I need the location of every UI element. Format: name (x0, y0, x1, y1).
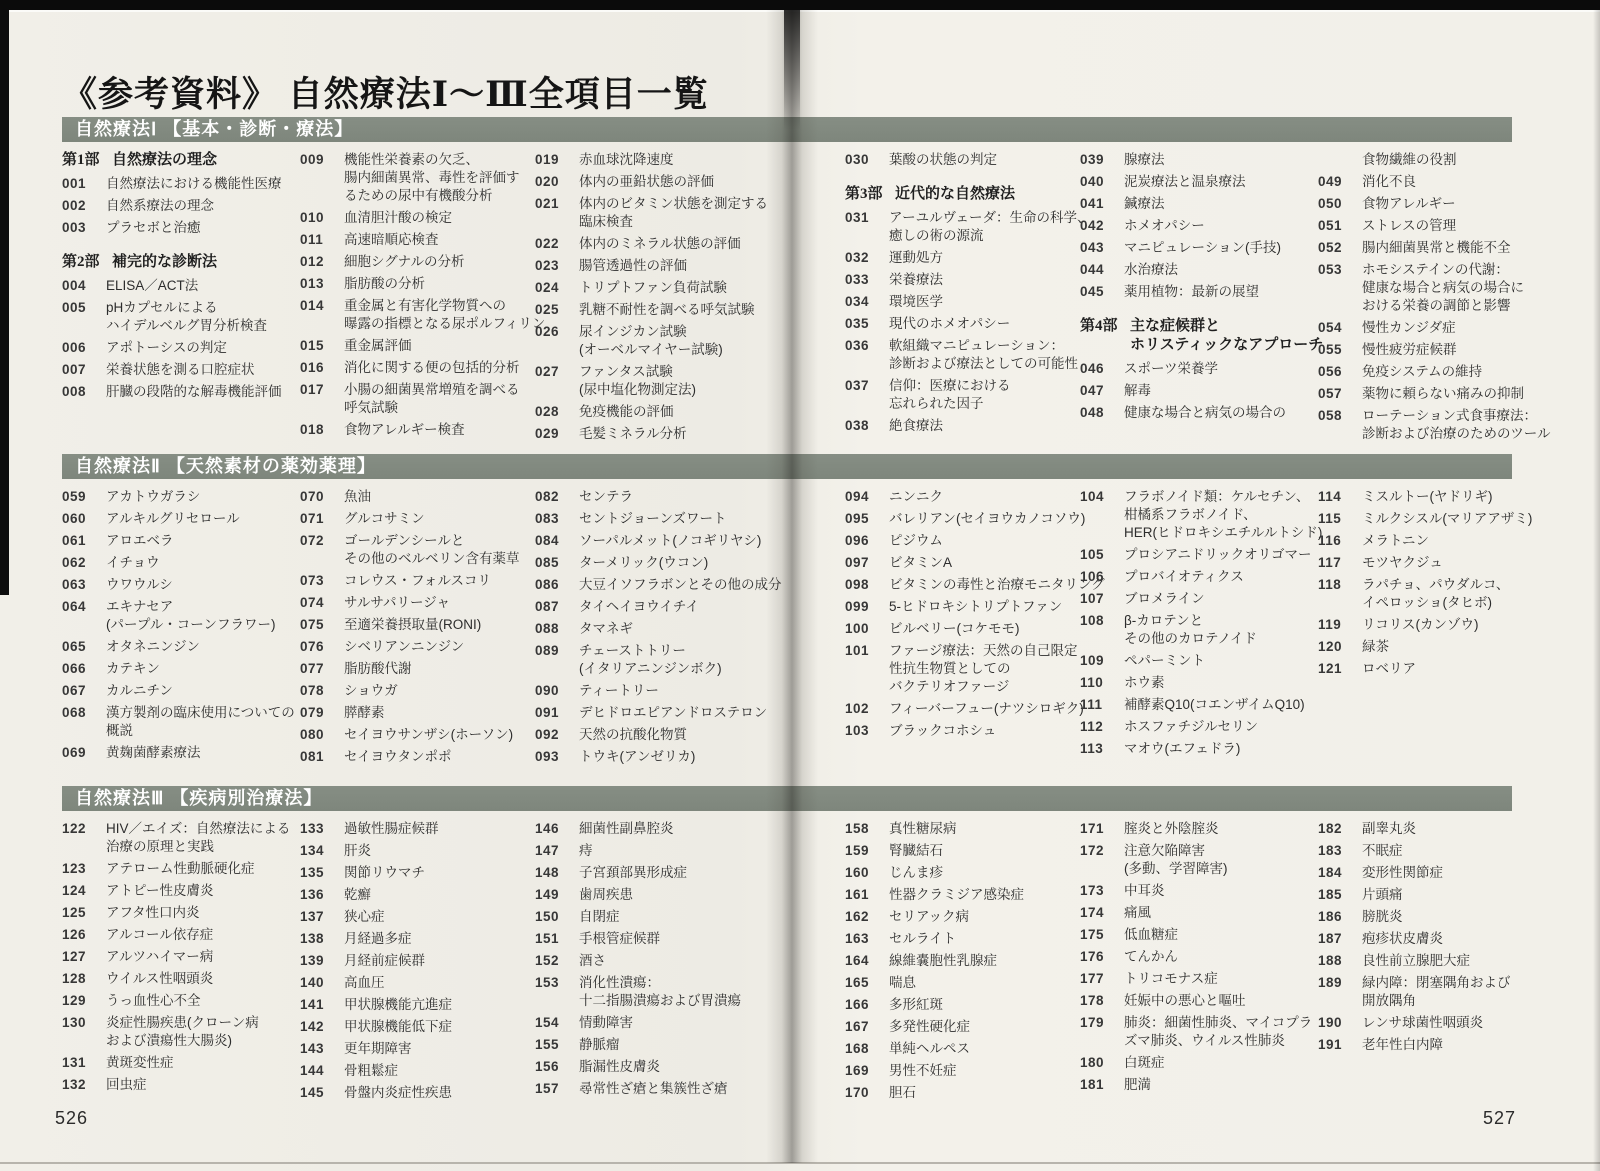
item-number: 132 (62, 1076, 106, 1094)
item-number: 036 (845, 337, 889, 373)
list-item: 127アルツハイマー病 (62, 948, 312, 966)
page-number-right: 527 (1483, 1108, 1516, 1129)
section-column: 070魚油071グルコサミン072ゴールデンシールと その他のベルベリン含有薬草… (300, 488, 550, 770)
item-text: 消化不良 (1362, 173, 1568, 191)
list-item: 046スポーツ栄養学 (1080, 360, 1330, 378)
item-text: 慢性カンジダ症 (1362, 319, 1568, 337)
list-item: 147痔 (535, 842, 785, 860)
item-number: 171 (1080, 820, 1124, 838)
item-number: 159 (845, 842, 889, 860)
item-text: 多発性硬化症 (889, 1018, 1095, 1036)
list-item: 100ビルベリー(コケモモ) (845, 620, 1095, 638)
list-item: 038絶食療法 (845, 417, 1095, 435)
list-item: 104フラボノイド類：ケルセチン、 柑橘系フラボノイド、 HER(ヒドロキシエチ… (1080, 488, 1330, 542)
list-item: 186膀胱炎 (1318, 908, 1568, 926)
list-item: 084ソーパルメット(ノコギリヤシ) (535, 532, 785, 550)
item-text: 消化性潰瘍： 十二指腸潰瘍および胃潰瘍 (579, 974, 785, 1010)
item-text: ペパーミント (1124, 652, 1330, 670)
item-number: 142 (300, 1018, 344, 1036)
list-item: 110ホウ素 (1080, 674, 1330, 692)
item-text: 多形紅斑 (889, 996, 1095, 1014)
item-number: 137 (300, 908, 344, 926)
item-number: 181 (1080, 1076, 1124, 1094)
item-text: 真性糖尿病 (889, 820, 1095, 838)
list-item: 128ウイルス性咽頭炎 (62, 970, 312, 988)
item-text: 自閉症 (579, 908, 785, 926)
item-number: 073 (300, 572, 344, 590)
item-number: 051 (1318, 217, 1362, 235)
list-item: 045薬用植物：最新の展望 (1080, 283, 1330, 301)
item-number: 120 (1318, 638, 1362, 656)
list-item: 010血清胆汁酸の検定 (300, 209, 550, 227)
item-text: 運動処方 (889, 249, 1095, 267)
item-text: 現代のホメオパシー (889, 315, 1095, 333)
section-column: 009機能性栄養素の欠乏、 腸内細菌異常、毒性を評価す るための尿中有機酸分析0… (300, 151, 550, 443)
item-text: 乳糖不耐性を調べる呼気試験 (579, 301, 785, 319)
item-text: 妊娠中の悪心と嘔吐 (1124, 992, 1330, 1010)
part-number: 第3部 (845, 185, 895, 204)
list-item: 179肺炎：細菌性肺炎、マイコプラ ズマ肺炎、ウイルス性肺炎 (1080, 1014, 1330, 1050)
list-item: 068漢方製剤の臨床使用についての 概説 (62, 704, 312, 740)
item-number: 003 (62, 219, 106, 237)
list-item: 178妊娠中の悪心と嘔吐 (1080, 992, 1330, 1010)
scan-edge-bottom (0, 1162, 1600, 1164)
item-number: 095 (845, 510, 889, 528)
item-text: 歯周疾患 (579, 886, 785, 904)
item-number: 069 (62, 744, 106, 762)
item-number: 046 (1080, 360, 1124, 378)
list-item: 091デヒドロエピアンドロステロン (535, 704, 785, 722)
item-number: 057 (1318, 385, 1362, 403)
list-item: 168単純ヘルペス (845, 1040, 1095, 1058)
item-number: 107 (1080, 590, 1124, 608)
item-number: 080 (300, 726, 344, 744)
item-text: 肥満 (1124, 1076, 1330, 1094)
item-text: デヒドロエピアンドロステロン (579, 704, 785, 722)
item-number: 002 (62, 197, 106, 215)
list-item: 008肝臓の段階的な解毒機能評価 (62, 383, 312, 401)
list-item: 125アフタ性口内炎 (62, 904, 312, 922)
list-item: 175低血糖症 (1080, 926, 1330, 944)
item-number: 105 (1080, 546, 1124, 564)
item-number: 009 (300, 151, 344, 205)
item-number: 178 (1080, 992, 1124, 1010)
page-number-left: 526 (55, 1108, 88, 1129)
list-item: 172注意欠陥障害 (多動、学習障害) (1080, 842, 1330, 878)
item-number: 054 (1318, 319, 1362, 337)
item-number: 164 (845, 952, 889, 970)
item-text: トリプトファン負荷試験 (579, 279, 785, 297)
item-text: 栄養状態を測る口腔症状 (106, 361, 312, 379)
item-number: 050 (1318, 195, 1362, 213)
part-title: 主な症候群と ホリスティックなアプローチ (1130, 317, 1323, 355)
scan-edge-top (0, 0, 1600, 12)
item-number: 108 (1080, 612, 1124, 648)
item-text: 情動障害 (579, 1014, 785, 1032)
item-text: 漢方製剤の臨床使用についての 概説 (106, 704, 312, 740)
list-item: 029毛髪ミネラル分析 (535, 425, 785, 443)
item-text: スポーツ栄養学 (1124, 360, 1330, 378)
item-text: プロバイオティクス (1124, 568, 1330, 586)
item-text: 尋常性ざ瘡と集簇性ざ瘡 (579, 1080, 785, 1098)
item-number: 155 (535, 1036, 579, 1054)
list-item: 049消化不良 (1318, 173, 1568, 191)
item-text: 変形性関節症 (1362, 864, 1568, 882)
list-item: 183不眠症 (1318, 842, 1568, 860)
part-number: 第2部 (62, 253, 112, 272)
item-text: ニンニク (889, 488, 1095, 506)
item-text: ターメリック(ウコン) (579, 554, 785, 572)
item-text: 鍼療法 (1124, 195, 1330, 213)
list-item: 169男性不妊症 (845, 1062, 1095, 1080)
item-number: 023 (535, 257, 579, 275)
item-text: 過敏性腸症候群 (344, 820, 550, 838)
item-text: 良性前立腺肥大症 (1362, 952, 1568, 970)
list-item: 108β-カロテンと その他のカロテノイド (1080, 612, 1330, 648)
item-text: 5-ヒドロキシトリプトファン (889, 598, 1095, 616)
list-item: 145骨盤内炎症性疾患 (300, 1084, 550, 1102)
item-text: エキナセア (パープル・コーンフラワー) (106, 598, 312, 634)
list-item: 015重金属評価 (300, 337, 550, 355)
item-text: ブロメライン (1124, 590, 1330, 608)
item-text: アルキルグリセロール (106, 510, 312, 528)
item-text: 腟炎と外陰腟炎 (1124, 820, 1330, 838)
list-item: 056免疫システムの維持 (1318, 363, 1568, 381)
item-text: アトピー性皮膚炎 (106, 882, 312, 900)
item-number: 168 (845, 1040, 889, 1058)
item-number: 059 (62, 488, 106, 506)
item-text: 月経過多症 (344, 930, 550, 948)
item-text: オタネニンジン (106, 638, 312, 656)
list-item: 031アーユルヴェーダ：生命の科学、 癒しの術の源流 (845, 209, 1095, 245)
item-number: 079 (300, 704, 344, 722)
item-text: タマネギ (579, 620, 785, 638)
part-heading: 第4部主な症候群と ホリスティックなアプローチ (1080, 317, 1330, 355)
list-item: 028免疫機能の評価 (535, 403, 785, 421)
list-item: 060アルキルグリセロール (62, 510, 312, 528)
item-text: 高血圧 (344, 974, 550, 992)
list-item: 058ローテーション式食事療法： 診断および治療のためのツール (1318, 407, 1568, 443)
item-number: 074 (300, 594, 344, 612)
item-text: 食物アレルギー (1362, 195, 1568, 213)
item-number: 058 (1318, 407, 1362, 443)
item-text: 脂肪酸代謝 (344, 660, 550, 678)
list-item: 171腟炎と外陰腟炎 (1080, 820, 1330, 838)
item-text: 大豆イソフラボンとその他の成分 (579, 576, 785, 594)
list-item: 050食物アレルギー (1318, 195, 1568, 213)
item-text: ELISA／ACT法 (106, 277, 312, 295)
item-text: 膀胱炎 (1362, 908, 1568, 926)
item-number: 190 (1318, 1014, 1362, 1032)
list-item: 160じんま疹 (845, 864, 1095, 882)
item-number: 048 (1080, 404, 1124, 422)
list-item: 096ピジウム (845, 532, 1095, 550)
item-number: 127 (62, 948, 106, 966)
item-text: セントジョーンズワート (579, 510, 785, 528)
item-text: 薬物に頼らない痛みの抑制 (1362, 385, 1568, 403)
item-text: ホスファチジルセリン (1124, 718, 1330, 736)
item-number: 030 (845, 151, 889, 169)
item-number: 038 (845, 417, 889, 435)
list-item: 132回虫症 (62, 1076, 312, 1094)
item-number: 143 (300, 1040, 344, 1058)
item-number: 082 (535, 488, 579, 506)
section-column: 146細菌性副鼻腔炎147痔148子宮頚部異形成症149歯周疾患150自閉症15… (535, 820, 785, 1102)
item-number: 008 (62, 383, 106, 401)
item-text: 回虫症 (106, 1076, 312, 1094)
item-text: ファージ療法：天然の自己限定 性抗生物質としての バクテリオファージ (889, 642, 1095, 696)
list-item: 041鍼療法 (1080, 195, 1330, 213)
section-column: 171腟炎と外陰腟炎172注意欠陥障害 (多動、学習障害)173中耳炎174痛風… (1080, 820, 1330, 1098)
list-item: 003プラセボと治癒 (62, 219, 312, 237)
list-item: 191老年性白内障 (1318, 1036, 1568, 1054)
section-column: 082センテラ083セントジョーンズワート084ソーパルメット(ノコギリヤシ)0… (535, 488, 785, 770)
item-number: 170 (845, 1084, 889, 1102)
item-text: 尿インジカン試験 (オーベルマイヤー試験) (579, 323, 785, 359)
item-number: 067 (62, 682, 106, 700)
item-text: 炎症性腸疾患(クローン病 および潰瘍性大腸炎) (106, 1014, 312, 1050)
list-item: 124アトピー性皮膚炎 (62, 882, 312, 900)
item-number: 092 (535, 726, 579, 744)
item-text: 消化に関する便の包括的分析 (344, 359, 550, 377)
item-number: 088 (535, 620, 579, 638)
list-item: 153消化性潰瘍： 十二指腸潰瘍および胃潰瘍 (535, 974, 785, 1010)
item-text: トウキ(アンゼリカ) (579, 748, 785, 766)
list-item: 0995-ヒドロキシトリプトファン (845, 598, 1095, 616)
item-text: 痔 (579, 842, 785, 860)
item-text: 細菌性副鼻腔炎 (579, 820, 785, 838)
list-item: 037信仰：医療における 忘れられた因子 (845, 377, 1095, 413)
list-item: 086大豆イソフラボンとその他の成分 (535, 576, 785, 594)
item-text: ビタミンA (889, 554, 1095, 572)
item-text: メラトニン (1362, 532, 1568, 550)
item-number: 147 (535, 842, 579, 860)
list-item: 065オタネニンジン (62, 638, 312, 656)
list-item: 009機能性栄養素の欠乏、 腸内細菌異常、毒性を評価す るための尿中有機酸分析 (300, 151, 550, 205)
list-item: 121ロベリア (1318, 660, 1568, 678)
item-number: 104 (1080, 488, 1124, 542)
item-number: 012 (300, 253, 344, 271)
item-number: 040 (1080, 173, 1124, 191)
item-number: 187 (1318, 930, 1362, 948)
item-text: pHカプセルによる ハイデルベルグ胃分析検査 (106, 299, 312, 335)
item-text: カテキン (106, 660, 312, 678)
item-number: 186 (1318, 908, 1362, 926)
item-number: 032 (845, 249, 889, 267)
item-text: ミスルトー(ヤドリギ) (1362, 488, 1568, 506)
list-item: 032運動処方 (845, 249, 1095, 267)
item-number: 169 (845, 1062, 889, 1080)
list-item: 133過敏性腸症候群 (300, 820, 550, 838)
list-item: 048健康な場合と病気の場合の (1080, 404, 1330, 422)
item-number: 027 (535, 363, 579, 399)
list-item: 182副睾丸炎 (1318, 820, 1568, 838)
list-item: 138月経過多症 (300, 930, 550, 948)
section-column: 食物繊維の役割049消化不良050食物アレルギー051ストレスの管理052腸内細… (1318, 151, 1568, 447)
item-number: 129 (62, 992, 106, 1010)
list-item: 002自然系療法の理念 (62, 197, 312, 215)
item-number: 109 (1080, 652, 1124, 670)
item-text: 緑茶 (1362, 638, 1568, 656)
list-item: 051ストレスの管理 (1318, 217, 1568, 235)
list-item: 113マオウ(エフェドラ) (1080, 740, 1330, 758)
item-text: プラセボと治癒 (106, 219, 312, 237)
item-text: 黄斑変性症 (106, 1054, 312, 1072)
list-item: 123アテローム性動脈硬化症 (62, 860, 312, 878)
list-item: 081セイヨウタンポポ (300, 748, 550, 766)
item-text: アーユルヴェーダ：生命の科学、 癒しの術の源流 (889, 209, 1095, 245)
list-item: 190レンサ球菌性咽頭炎 (1318, 1014, 1568, 1032)
item-text: 葉酸の状態の判定 (889, 151, 1095, 169)
list-item: 126アルコール依存症 (62, 926, 312, 944)
list-item: 053ホモシステインの代謝： 健康な場合と病気の場合に おける栄養の調節と影響 (1318, 261, 1568, 315)
list-item: 181肥満 (1080, 1076, 1330, 1094)
item-number: 172 (1080, 842, 1124, 878)
section-column: 039腺療法040泥炭療法と温泉療法041鍼療法042ホメオパシー043マニピュ… (1080, 151, 1330, 426)
item-text: リコリス(カンゾウ) (1362, 616, 1568, 634)
part-heading: 第3部近代的な自然療法 (845, 185, 1095, 204)
item-number: 010 (300, 209, 344, 227)
item-number: 039 (1080, 151, 1124, 169)
item-text: ホウ素 (1124, 674, 1330, 692)
item-number: 173 (1080, 882, 1124, 900)
list-item: 004ELISA／ACT法 (62, 277, 312, 295)
item-text: ウワウルシ (106, 576, 312, 594)
list-item: 165喘息 (845, 974, 1095, 992)
item-text: セイヨウサンザシ(ホーソン) (344, 726, 550, 744)
list-item: 162セリアック病 (845, 908, 1095, 926)
section-column: 104フラボノイド類：ケルセチン、 柑橘系フラボノイド、 HER(ヒドロキシエチ… (1080, 488, 1330, 762)
item-number: 161 (845, 886, 889, 904)
item-number: 180 (1080, 1054, 1124, 1072)
item-number: 064 (62, 598, 106, 634)
item-text: 補酵素Q10(コエンザイムQ10) (1124, 696, 1330, 714)
item-number: 118 (1318, 576, 1362, 612)
section-column: 030葉酸の状態の判定第3部近代的な自然療法031アーユルヴェーダ：生命の科学、… (845, 151, 1095, 439)
item-text: ストレスの管理 (1362, 217, 1568, 235)
item-number: 011 (300, 231, 344, 249)
list-item: 102フィーバーフュー(ナツシロギク) (845, 700, 1095, 718)
list-item: 092天然の抗酸化物質 (535, 726, 785, 744)
item-text: 更年期障害 (344, 1040, 550, 1058)
list-item: 156脂漏性皮膚炎 (535, 1058, 785, 1076)
list-item: 072ゴールデンシールと その他のベルベリン含有薬草 (300, 532, 550, 568)
item-text: 胆石 (889, 1084, 1095, 1102)
item-text: 単純ヘルペス (889, 1040, 1095, 1058)
list-item: 135関節リウマチ (300, 864, 550, 882)
item-number: 016 (300, 359, 344, 377)
page-title: 《参考資料》 自然療法Ⅰ～Ⅲ全項目一覧 (62, 67, 709, 117)
item-number: 113 (1080, 740, 1124, 758)
list-item: 016消化に関する便の包括的分析 (300, 359, 550, 377)
item-text: ホメオパシー (1124, 217, 1330, 235)
section-header: 自然療法Ⅱ 【天然素材の薬効薬理】 (62, 454, 1512, 479)
list-item: 063ウワウルシ (62, 576, 312, 594)
item-number: 014 (300, 297, 344, 333)
list-item: 109ペパーミント (1080, 652, 1330, 670)
item-number: 154 (535, 1014, 579, 1032)
item-number: 004 (62, 277, 106, 295)
item-text: アポトーシスの判定 (106, 339, 312, 357)
list-item: 122HIV／エイズ：自然療法による 治療の原理と実践 (62, 820, 312, 856)
list-item: 166多形紅斑 (845, 996, 1095, 1014)
item-text: 薬用植物：最新の展望 (1124, 283, 1330, 301)
item-number: 158 (845, 820, 889, 838)
item-number: 070 (300, 488, 344, 506)
item-text: 片頭痛 (1362, 886, 1568, 904)
item-number: 053 (1318, 261, 1362, 315)
item-text: ピジウム (889, 532, 1095, 550)
item-text: ローテーション式食事療法： 診断および治療のためのツール (1362, 407, 1568, 443)
item-number: 128 (62, 970, 106, 988)
item-text: 健康な場合と病気の場合の (1124, 404, 1330, 422)
item-text: 痛風 (1124, 904, 1330, 922)
list-item: 143更年期障害 (300, 1040, 550, 1058)
section-header: 自然療法Ⅰ 【基本・診断・療法】 (62, 117, 1512, 142)
item-text: 肝臓の段階的な解毒機能評価 (106, 383, 312, 401)
list-item: 155静脈瘤 (535, 1036, 785, 1054)
item-text: 泥炭療法と温泉療法 (1124, 173, 1330, 191)
part-number: 第1部 (62, 151, 112, 170)
list-item: 101ファージ療法：天然の自己限定 性抗生物質としての バクテリオファージ (845, 642, 1095, 696)
item-text: セイヨウタンポポ (344, 748, 550, 766)
item-text: バレリアン(セイヨウカノコソウ) (889, 510, 1095, 528)
item-number: 049 (1318, 173, 1362, 191)
item-number: 072 (300, 532, 344, 568)
item-number: 025 (535, 301, 579, 319)
item-text: フラボノイド類：ケルセチン、 柑橘系フラボノイド、 HER(ヒドロキシエチルルト… (1124, 488, 1330, 542)
list-item: 137狭心症 (300, 908, 550, 926)
part-title: 近代的な自然療法 (895, 185, 1015, 204)
item-text: イチョウ (106, 554, 312, 572)
item-number: 001 (62, 175, 106, 193)
item-number: 189 (1318, 974, 1362, 1010)
part-heading: 第2部補完的な診断法 (62, 253, 312, 272)
item-number: 183 (1318, 842, 1362, 860)
item-text: 脂肪酸の分析 (344, 275, 550, 293)
section-column: 第1部自然療法の理念001自然療法における機能性医療002自然系療法の理念003… (62, 151, 312, 405)
list-item: 073コレウス・フォルスコリ (300, 572, 550, 590)
item-text: 骨粗鬆症 (344, 1062, 550, 1080)
item-text: 食物アレルギー検査 (344, 421, 550, 439)
item-number: 116 (1318, 532, 1362, 550)
item-number: 094 (845, 488, 889, 506)
list-item: 130炎症性腸疾患(クローン病 および潰瘍性大腸炎) (62, 1014, 312, 1050)
item-number: 133 (300, 820, 344, 838)
item-number: 140 (300, 974, 344, 992)
item-number: 112 (1080, 718, 1124, 736)
list-item: 119リコリス(カンゾウ) (1318, 616, 1568, 634)
item-number: 035 (845, 315, 889, 333)
list-item: 020体内の亜鉛状態の評価 (535, 173, 785, 191)
item-text: 静脈瘤 (579, 1036, 785, 1054)
list-item: 131黄斑変性症 (62, 1054, 312, 1072)
list-item: 136乾癬 (300, 886, 550, 904)
item-text: 細胞シグナルの分析 (344, 253, 550, 271)
item-text: 低血糖症 (1124, 926, 1330, 944)
item-number: 007 (62, 361, 106, 379)
item-number: 096 (845, 532, 889, 550)
list-item: 047解毒 (1080, 382, 1330, 400)
item-text: 腸管透過性の評価 (579, 257, 785, 275)
item-number: 117 (1318, 554, 1362, 572)
item-text: ウイルス性咽頭炎 (106, 970, 312, 988)
item-text: マニピュレーション(手技) (1124, 239, 1330, 257)
item-number: 123 (62, 860, 106, 878)
item-text: セルライト (889, 930, 1095, 948)
section-column: 019赤血球沈降速度020体内の亜鉛状態の評価021体内のビタミン状態を測定する… (535, 151, 785, 447)
list-item: 027ファンタス試験 (尿中塩化物測定法) (535, 363, 785, 399)
